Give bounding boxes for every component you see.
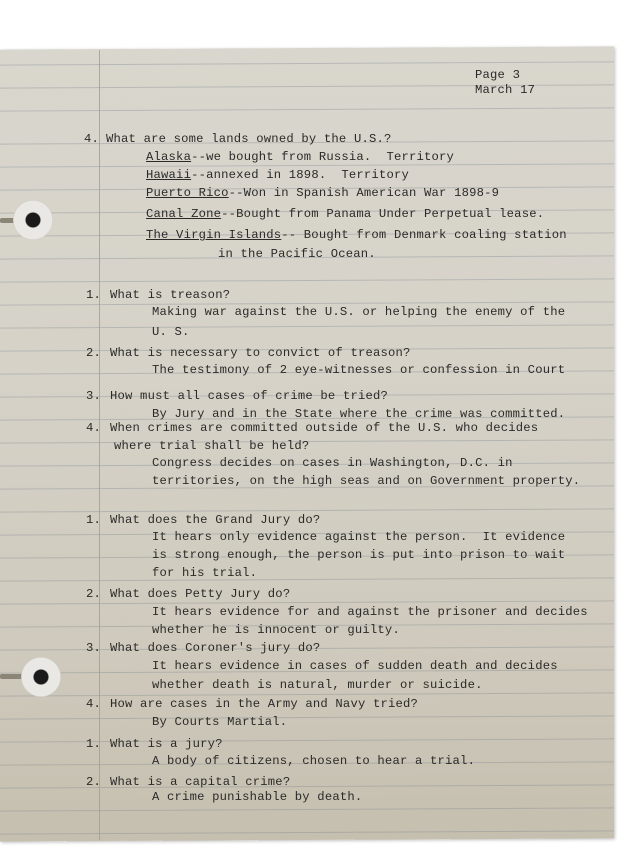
land-term: Puerto Rico — [146, 186, 229, 200]
answer-text: whether death is natural, murder or suic… — [152, 678, 483, 692]
land-description: --we bought from Russia. Territory — [191, 150, 454, 164]
answer-text: whether he is innocent or guilty. — [152, 623, 400, 637]
punch-hole-bottom — [21, 657, 61, 697]
question-text: How must all cases of crime be tried? — [110, 389, 388, 403]
land-answer: Hawaii--annexed in 1898. Territory — [146, 168, 409, 182]
land-description: --Bought from Panama Under Perpetual lea… — [221, 207, 544, 221]
answer-text: It hears evidence in cases of sudden dea… — [152, 659, 558, 673]
question-number: 4. — [86, 697, 101, 711]
land-description: --Won in Spanish American War 1898-9 — [229, 186, 500, 200]
answer-text: U. S. — [152, 325, 190, 339]
question-text: What is a jury? — [110, 737, 223, 751]
question-text: What does Petty Jury do? — [110, 587, 290, 601]
answer-text: By Courts Martial. — [152, 715, 287, 729]
answer-text: By Jury and in the State where the crime… — [152, 407, 565, 421]
land-description: --annexed in 1898. Territory — [191, 168, 409, 182]
answer-text: It hears only evidence against the perso… — [152, 530, 565, 544]
answer-text: A body of citizens, chosen to hear a tri… — [152, 754, 475, 768]
land-answer: Puerto Rico--Won in Spanish American War… — [146, 186, 499, 200]
answer-text: The testimony of 2 eye-witnesses or conf… — [152, 363, 565, 377]
question-text: When crimes are committed outside of the… — [110, 421, 538, 435]
land-description-cont: in the Pacific Ocean. — [218, 247, 376, 261]
question-text: What does the Grand Jury do? — [110, 513, 320, 527]
land-term: Hawaii — [146, 168, 191, 182]
answer-text: territories, on the high seas and on Gov… — [152, 474, 580, 488]
page-date: March 17 — [475, 83, 535, 97]
answer-text: Congress decides on cases in Washington,… — [152, 456, 513, 470]
question-text: where trial shall be held? — [114, 439, 309, 453]
question-number: 2. — [86, 775, 101, 789]
land-term: The Virgin Islands — [146, 228, 281, 242]
question-number: 3. — [86, 641, 101, 655]
answer-text: is strong enough, the person is put into… — [152, 548, 565, 562]
land-term: Alaska — [146, 150, 191, 164]
answer-text: A crime punishable by death. — [152, 790, 362, 804]
question-number: 3. — [86, 389, 101, 403]
question-number: 1. — [86, 513, 101, 527]
answer-text: for his trial. — [152, 566, 257, 580]
question-text: What are some lands owned by the U.S.? — [106, 132, 392, 146]
question-text: What does Coroner's jury do? — [110, 641, 320, 655]
margin-line — [99, 50, 100, 840]
land-answer: The Virgin Islands-- Bought from Denmark… — [146, 228, 567, 242]
answer-text: It hears evidence for and against the pr… — [152, 605, 588, 619]
page-number: Page 3 — [475, 68, 520, 82]
question-text: What is treason? — [110, 288, 230, 302]
question-number: 4. — [86, 421, 101, 435]
question-text: How are cases in the Army and Navy tried… — [110, 697, 418, 711]
question-text: What is a capital crime? — [110, 775, 290, 789]
land-answer: Canal Zone--Bought from Panama Under Per… — [146, 207, 544, 221]
land-answer: Alaska--we bought from Russia. Territory — [146, 150, 454, 164]
question-number: 1. — [86, 737, 101, 751]
question-number: 1. — [86, 288, 101, 302]
question-number: 4. — [84, 132, 99, 146]
land-term: Canal Zone — [146, 207, 221, 221]
answer-text: Making war against the U.S. or helping t… — [152, 305, 565, 319]
punch-hole-top — [13, 200, 53, 240]
land-description: -- Bought from Denmark coaling station — [281, 228, 567, 242]
question-text: What is necessary to convict of treason? — [110, 346, 411, 360]
question-number: 2. — [86, 346, 101, 360]
question-number: 2. — [86, 587, 101, 601]
